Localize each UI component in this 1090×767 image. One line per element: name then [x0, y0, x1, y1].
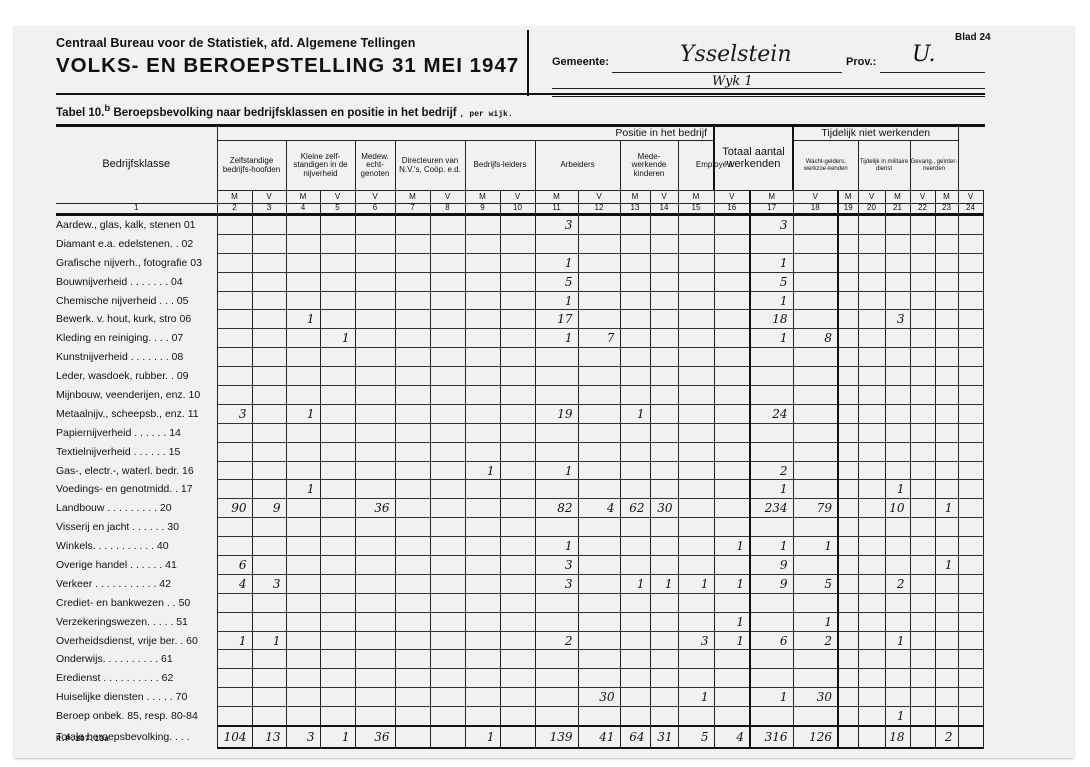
data-cell[interactable]	[395, 537, 430, 556]
data-cell[interactable]: 3	[750, 215, 793, 235]
data-cell[interactable]	[838, 423, 858, 442]
data-cell[interactable]	[750, 612, 793, 631]
data-cell[interactable]	[286, 367, 320, 386]
data-cell[interactable]	[910, 612, 935, 631]
data-cell[interactable]	[430, 386, 465, 405]
data-cell[interactable]	[678, 499, 714, 518]
data-cell[interactable]	[910, 461, 935, 480]
data-cell[interactable]	[578, 650, 620, 669]
data-cell[interactable]	[500, 612, 535, 631]
data-cell[interactable]	[430, 423, 465, 442]
data-cell[interactable]	[650, 650, 678, 669]
data-cell[interactable]	[355, 329, 395, 348]
data-cell[interactable]: 8	[793, 329, 838, 348]
data-cell[interactable]	[620, 442, 650, 461]
gemeente-field[interactable]: Ysselstein	[680, 42, 792, 67]
data-cell[interactable]	[465, 480, 500, 499]
data-cell[interactable]	[935, 669, 958, 688]
data-cell[interactable]	[714, 669, 750, 688]
data-cell[interactable]	[935, 574, 958, 593]
data-cell[interactable]	[252, 386, 286, 405]
data-cell[interactable]	[858, 518, 885, 537]
data-cell[interactable]	[578, 386, 620, 405]
data-cell[interactable]: 3	[535, 574, 578, 593]
data-cell[interactable]	[535, 423, 578, 442]
data-cell[interactable]	[910, 650, 935, 669]
data-cell[interactable]	[578, 480, 620, 499]
prov-field[interactable]: U.	[912, 42, 936, 67]
data-cell[interactable]	[858, 386, 885, 405]
data-cell[interactable]	[620, 631, 650, 650]
data-cell[interactable]	[217, 367, 252, 386]
data-cell[interactable]	[858, 442, 885, 461]
data-cell[interactable]	[793, 234, 838, 253]
data-cell[interactable]	[678, 310, 714, 329]
data-cell[interactable]	[620, 593, 650, 612]
data-cell[interactable]	[252, 461, 286, 480]
data-cell[interactable]: 1	[750, 688, 793, 707]
data-cell[interactable]: 1	[320, 329, 355, 348]
data-cell[interactable]	[430, 612, 465, 631]
data-cell[interactable]	[217, 423, 252, 442]
data-cell[interactable]	[620, 669, 650, 688]
data-cell[interactable]	[620, 537, 650, 556]
data-cell[interactable]	[465, 556, 500, 575]
data-cell[interactable]	[793, 669, 838, 688]
data-cell[interactable]: 1	[935, 556, 958, 575]
data-cell[interactable]	[650, 423, 678, 442]
data-cell[interactable]	[678, 423, 714, 442]
data-cell[interactable]	[858, 404, 885, 423]
data-cell[interactable]	[838, 499, 858, 518]
data-cell[interactable]	[958, 707, 983, 726]
data-cell[interactable]	[578, 291, 620, 310]
data-cell[interactable]	[714, 234, 750, 253]
data-cell[interactable]	[885, 367, 910, 386]
data-cell[interactable]	[910, 499, 935, 518]
data-cell[interactable]	[793, 461, 838, 480]
data-cell[interactable]	[320, 272, 355, 291]
data-cell[interactable]	[793, 367, 838, 386]
data-cell[interactable]	[430, 593, 465, 612]
data-cell[interactable]	[678, 386, 714, 405]
data-cell[interactable]	[858, 688, 885, 707]
data-cell[interactable]: 1	[320, 726, 355, 748]
data-cell[interactable]	[620, 518, 650, 537]
data-cell[interactable]	[838, 726, 858, 748]
data-cell[interactable]	[714, 367, 750, 386]
data-cell[interactable]	[320, 574, 355, 593]
data-cell[interactable]: 1	[286, 310, 320, 329]
data-cell[interactable]	[395, 461, 430, 480]
data-cell[interactable]	[678, 234, 714, 253]
data-cell[interactable]	[500, 367, 535, 386]
data-cell[interactable]: 36	[355, 726, 395, 748]
data-cell[interactable]: 1	[714, 574, 750, 593]
data-cell[interactable]	[395, 499, 430, 518]
data-cell[interactable]	[430, 404, 465, 423]
data-cell[interactable]	[714, 461, 750, 480]
data-cell[interactable]	[430, 669, 465, 688]
data-cell[interactable]	[838, 650, 858, 669]
data-cell[interactable]: 17	[535, 310, 578, 329]
data-cell[interactable]	[395, 556, 430, 575]
data-cell[interactable]: 13	[252, 726, 286, 748]
data-cell[interactable]	[465, 423, 500, 442]
data-cell[interactable]	[714, 329, 750, 348]
data-cell[interactable]	[465, 518, 500, 537]
data-cell[interactable]: 3	[252, 574, 286, 593]
data-cell[interactable]	[535, 612, 578, 631]
data-cell[interactable]	[620, 329, 650, 348]
data-cell[interactable]	[252, 329, 286, 348]
data-cell[interactable]	[858, 461, 885, 480]
data-cell[interactable]: 1	[750, 253, 793, 272]
data-cell[interactable]	[252, 253, 286, 272]
data-cell[interactable]	[578, 367, 620, 386]
data-cell[interactable]: 1	[750, 291, 793, 310]
data-cell[interactable]	[395, 442, 430, 461]
data-cell[interactable]: 1	[620, 574, 650, 593]
data-cell[interactable]	[430, 348, 465, 367]
data-cell[interactable]	[217, 461, 252, 480]
data-cell[interactable]	[935, 234, 958, 253]
data-cell[interactable]	[535, 442, 578, 461]
data-cell[interactable]	[465, 348, 500, 367]
data-cell[interactable]	[535, 480, 578, 499]
data-cell[interactable]	[320, 348, 355, 367]
data-cell[interactable]	[578, 574, 620, 593]
data-cell[interactable]	[252, 480, 286, 499]
data-cell[interactable]	[885, 253, 910, 272]
data-cell[interactable]: 1	[793, 612, 838, 631]
data-cell[interactable]	[286, 518, 320, 537]
data-cell[interactable]: 41	[578, 726, 620, 748]
data-cell[interactable]	[935, 593, 958, 612]
data-cell[interactable]	[500, 707, 535, 726]
data-cell[interactable]	[958, 669, 983, 688]
data-cell[interactable]	[465, 593, 500, 612]
data-cell[interactable]	[430, 650, 465, 669]
data-cell[interactable]	[958, 442, 983, 461]
data-cell[interactable]	[838, 215, 858, 235]
data-cell[interactable]	[465, 329, 500, 348]
data-cell[interactable]	[910, 480, 935, 499]
data-cell[interactable]	[650, 631, 678, 650]
data-cell[interactable]	[714, 556, 750, 575]
data-cell[interactable]	[355, 367, 395, 386]
data-cell[interactable]	[858, 253, 885, 272]
data-cell[interactable]	[838, 461, 858, 480]
data-cell[interactable]	[217, 348, 252, 367]
data-cell[interactable]	[252, 707, 286, 726]
data-cell[interactable]	[793, 253, 838, 272]
data-cell[interactable]	[838, 518, 858, 537]
data-cell[interactable]	[578, 348, 620, 367]
data-cell[interactable]	[286, 442, 320, 461]
data-cell[interactable]	[958, 537, 983, 556]
data-cell[interactable]	[500, 518, 535, 537]
data-cell[interactable]: 126	[793, 726, 838, 748]
data-cell[interactable]	[286, 556, 320, 575]
data-cell[interactable]	[958, 348, 983, 367]
data-cell[interactable]	[252, 291, 286, 310]
data-cell[interactable]	[578, 631, 620, 650]
data-cell[interactable]	[500, 423, 535, 442]
data-cell[interactable]	[320, 386, 355, 405]
data-cell[interactable]	[355, 518, 395, 537]
data-cell[interactable]: 1	[535, 461, 578, 480]
data-cell[interactable]	[678, 253, 714, 272]
data-cell[interactable]	[714, 499, 750, 518]
data-cell[interactable]	[678, 367, 714, 386]
data-cell[interactable]	[885, 215, 910, 235]
data-cell[interactable]	[286, 707, 320, 726]
data-cell[interactable]	[650, 480, 678, 499]
data-cell[interactable]	[958, 272, 983, 291]
data-cell[interactable]	[885, 593, 910, 612]
data-cell[interactable]	[885, 650, 910, 669]
data-cell[interactable]	[286, 329, 320, 348]
data-cell[interactable]	[430, 499, 465, 518]
data-cell[interactable]	[885, 669, 910, 688]
data-cell[interactable]	[535, 669, 578, 688]
data-cell[interactable]	[910, 726, 935, 748]
data-cell[interactable]	[958, 631, 983, 650]
data-cell[interactable]	[910, 707, 935, 726]
data-cell[interactable]	[395, 234, 430, 253]
data-cell[interactable]	[935, 612, 958, 631]
data-cell[interactable]	[252, 348, 286, 367]
data-cell[interactable]	[500, 537, 535, 556]
data-cell[interactable]	[217, 688, 252, 707]
data-cell[interactable]	[935, 272, 958, 291]
data-cell[interactable]	[252, 650, 286, 669]
data-cell[interactable]	[500, 650, 535, 669]
data-cell[interactable]	[320, 461, 355, 480]
data-cell[interactable]	[320, 669, 355, 688]
data-cell[interactable]	[858, 480, 885, 499]
data-cell[interactable]	[958, 499, 983, 518]
data-cell[interactable]	[678, 442, 714, 461]
data-cell[interactable]	[286, 461, 320, 480]
data-cell[interactable]	[500, 593, 535, 612]
data-cell[interactable]	[910, 442, 935, 461]
data-cell[interactable]	[286, 386, 320, 405]
data-cell[interactable]	[320, 688, 355, 707]
data-cell[interactable]	[838, 480, 858, 499]
data-cell[interactable]: 64	[620, 726, 650, 748]
data-cell[interactable]	[958, 726, 983, 748]
data-cell[interactable]	[838, 310, 858, 329]
data-cell[interactable]	[500, 404, 535, 423]
data-cell[interactable]: 24	[750, 404, 793, 423]
data-cell[interactable]: 2	[535, 631, 578, 650]
data-cell[interactable]	[355, 556, 395, 575]
data-cell[interactable]	[650, 234, 678, 253]
data-cell[interactable]	[620, 386, 650, 405]
data-cell[interactable]	[620, 480, 650, 499]
data-cell[interactable]	[714, 310, 750, 329]
data-cell[interactable]	[578, 253, 620, 272]
data-cell[interactable]	[430, 329, 465, 348]
data-cell[interactable]	[320, 707, 355, 726]
data-cell[interactable]: 1	[793, 537, 838, 556]
data-cell[interactable]	[793, 310, 838, 329]
data-cell[interactable]	[252, 537, 286, 556]
data-cell[interactable]	[217, 253, 252, 272]
data-cell[interactable]	[750, 234, 793, 253]
data-cell[interactable]	[958, 253, 983, 272]
data-cell[interactable]	[910, 631, 935, 650]
data-cell[interactable]	[650, 348, 678, 367]
data-cell[interactable]	[500, 499, 535, 518]
data-cell[interactable]	[320, 556, 355, 575]
data-cell[interactable]	[465, 310, 500, 329]
data-cell[interactable]	[714, 650, 750, 669]
data-cell[interactable]	[620, 612, 650, 631]
data-cell[interactable]	[714, 404, 750, 423]
data-cell[interactable]	[430, 234, 465, 253]
data-cell[interactable]	[430, 442, 465, 461]
data-cell[interactable]	[858, 348, 885, 367]
data-cell[interactable]	[620, 707, 650, 726]
data-cell[interactable]	[286, 537, 320, 556]
data-cell[interactable]	[395, 480, 430, 499]
data-cell[interactable]	[650, 272, 678, 291]
data-cell[interactable]	[885, 556, 910, 575]
data-cell[interactable]	[650, 688, 678, 707]
data-cell[interactable]	[465, 215, 500, 235]
data-cell[interactable]	[838, 688, 858, 707]
data-cell[interactable]	[320, 310, 355, 329]
data-cell[interactable]	[910, 423, 935, 442]
data-cell[interactable]	[678, 329, 714, 348]
data-cell[interactable]	[500, 688, 535, 707]
data-cell[interactable]	[714, 291, 750, 310]
data-cell[interactable]	[465, 404, 500, 423]
data-cell[interactable]	[395, 650, 430, 669]
data-cell[interactable]: 1	[885, 480, 910, 499]
data-cell[interactable]: 62	[620, 499, 650, 518]
data-cell[interactable]	[578, 518, 620, 537]
data-cell[interactable]	[620, 688, 650, 707]
data-cell[interactable]	[935, 461, 958, 480]
data-cell[interactable]	[793, 423, 838, 442]
data-cell[interactable]	[252, 404, 286, 423]
data-cell[interactable]	[430, 518, 465, 537]
data-cell[interactable]	[465, 537, 500, 556]
data-cell[interactable]	[885, 612, 910, 631]
data-cell[interactable]	[355, 574, 395, 593]
data-cell[interactable]	[650, 612, 678, 631]
data-cell[interactable]: 1	[650, 574, 678, 593]
data-cell[interactable]	[217, 518, 252, 537]
data-cell[interactable]	[355, 688, 395, 707]
data-cell[interactable]	[286, 650, 320, 669]
data-cell[interactable]	[355, 442, 395, 461]
data-cell[interactable]	[620, 556, 650, 575]
data-cell[interactable]: 1	[714, 631, 750, 650]
data-cell[interactable]	[430, 688, 465, 707]
data-cell[interactable]	[714, 707, 750, 726]
data-cell[interactable]	[430, 631, 465, 650]
data-cell[interactable]	[578, 669, 620, 688]
data-cell[interactable]	[838, 386, 858, 405]
data-cell[interactable]	[620, 348, 650, 367]
data-cell[interactable]	[355, 253, 395, 272]
data-cell[interactable]	[355, 310, 395, 329]
data-cell[interactable]	[750, 367, 793, 386]
data-cell[interactable]	[465, 367, 500, 386]
data-cell[interactable]	[910, 593, 935, 612]
data-cell[interactable]	[678, 215, 714, 235]
data-cell[interactable]	[252, 234, 286, 253]
data-cell[interactable]	[217, 537, 252, 556]
data-cell[interactable]	[935, 348, 958, 367]
data-cell[interactable]: 5	[793, 574, 838, 593]
data-cell[interactable]	[650, 442, 678, 461]
data-cell[interactable]	[935, 253, 958, 272]
data-cell[interactable]	[620, 367, 650, 386]
data-cell[interactable]	[578, 556, 620, 575]
data-cell[interactable]	[793, 348, 838, 367]
data-cell[interactable]	[650, 537, 678, 556]
data-cell[interactable]: 19	[535, 404, 578, 423]
data-cell[interactable]	[355, 631, 395, 650]
data-cell[interactable]	[650, 593, 678, 612]
data-cell[interactable]	[217, 291, 252, 310]
data-cell[interactable]	[535, 688, 578, 707]
data-cell[interactable]	[320, 404, 355, 423]
data-cell[interactable]: 234	[750, 499, 793, 518]
data-cell[interactable]	[958, 310, 983, 329]
data-cell[interactable]: 9	[750, 574, 793, 593]
data-cell[interactable]	[838, 556, 858, 575]
data-cell[interactable]	[430, 556, 465, 575]
data-cell[interactable]	[958, 688, 983, 707]
data-cell[interactable]	[355, 215, 395, 235]
data-cell[interactable]	[678, 669, 714, 688]
data-cell[interactable]	[217, 707, 252, 726]
data-cell[interactable]: 30	[793, 688, 838, 707]
data-cell[interactable]	[430, 726, 465, 748]
data-cell[interactable]	[935, 537, 958, 556]
data-cell[interactable]	[430, 310, 465, 329]
data-cell[interactable]	[620, 253, 650, 272]
data-cell[interactable]	[395, 272, 430, 291]
data-cell[interactable]: 36	[355, 499, 395, 518]
data-cell[interactable]	[465, 574, 500, 593]
data-cell[interactable]	[650, 215, 678, 235]
data-cell[interactable]	[678, 537, 714, 556]
data-cell[interactable]	[500, 329, 535, 348]
data-cell[interactable]	[858, 612, 885, 631]
data-cell[interactable]	[958, 386, 983, 405]
data-cell[interactable]	[910, 556, 935, 575]
data-cell[interactable]	[578, 612, 620, 631]
data-cell[interactable]	[578, 707, 620, 726]
data-cell[interactable]	[885, 461, 910, 480]
data-cell[interactable]	[430, 367, 465, 386]
data-cell[interactable]	[286, 423, 320, 442]
data-cell[interactable]	[958, 423, 983, 442]
data-cell[interactable]	[678, 518, 714, 537]
data-cell[interactable]	[500, 726, 535, 748]
data-cell[interactable]: 1	[535, 253, 578, 272]
data-cell[interactable]	[620, 461, 650, 480]
data-cell[interactable]	[750, 442, 793, 461]
